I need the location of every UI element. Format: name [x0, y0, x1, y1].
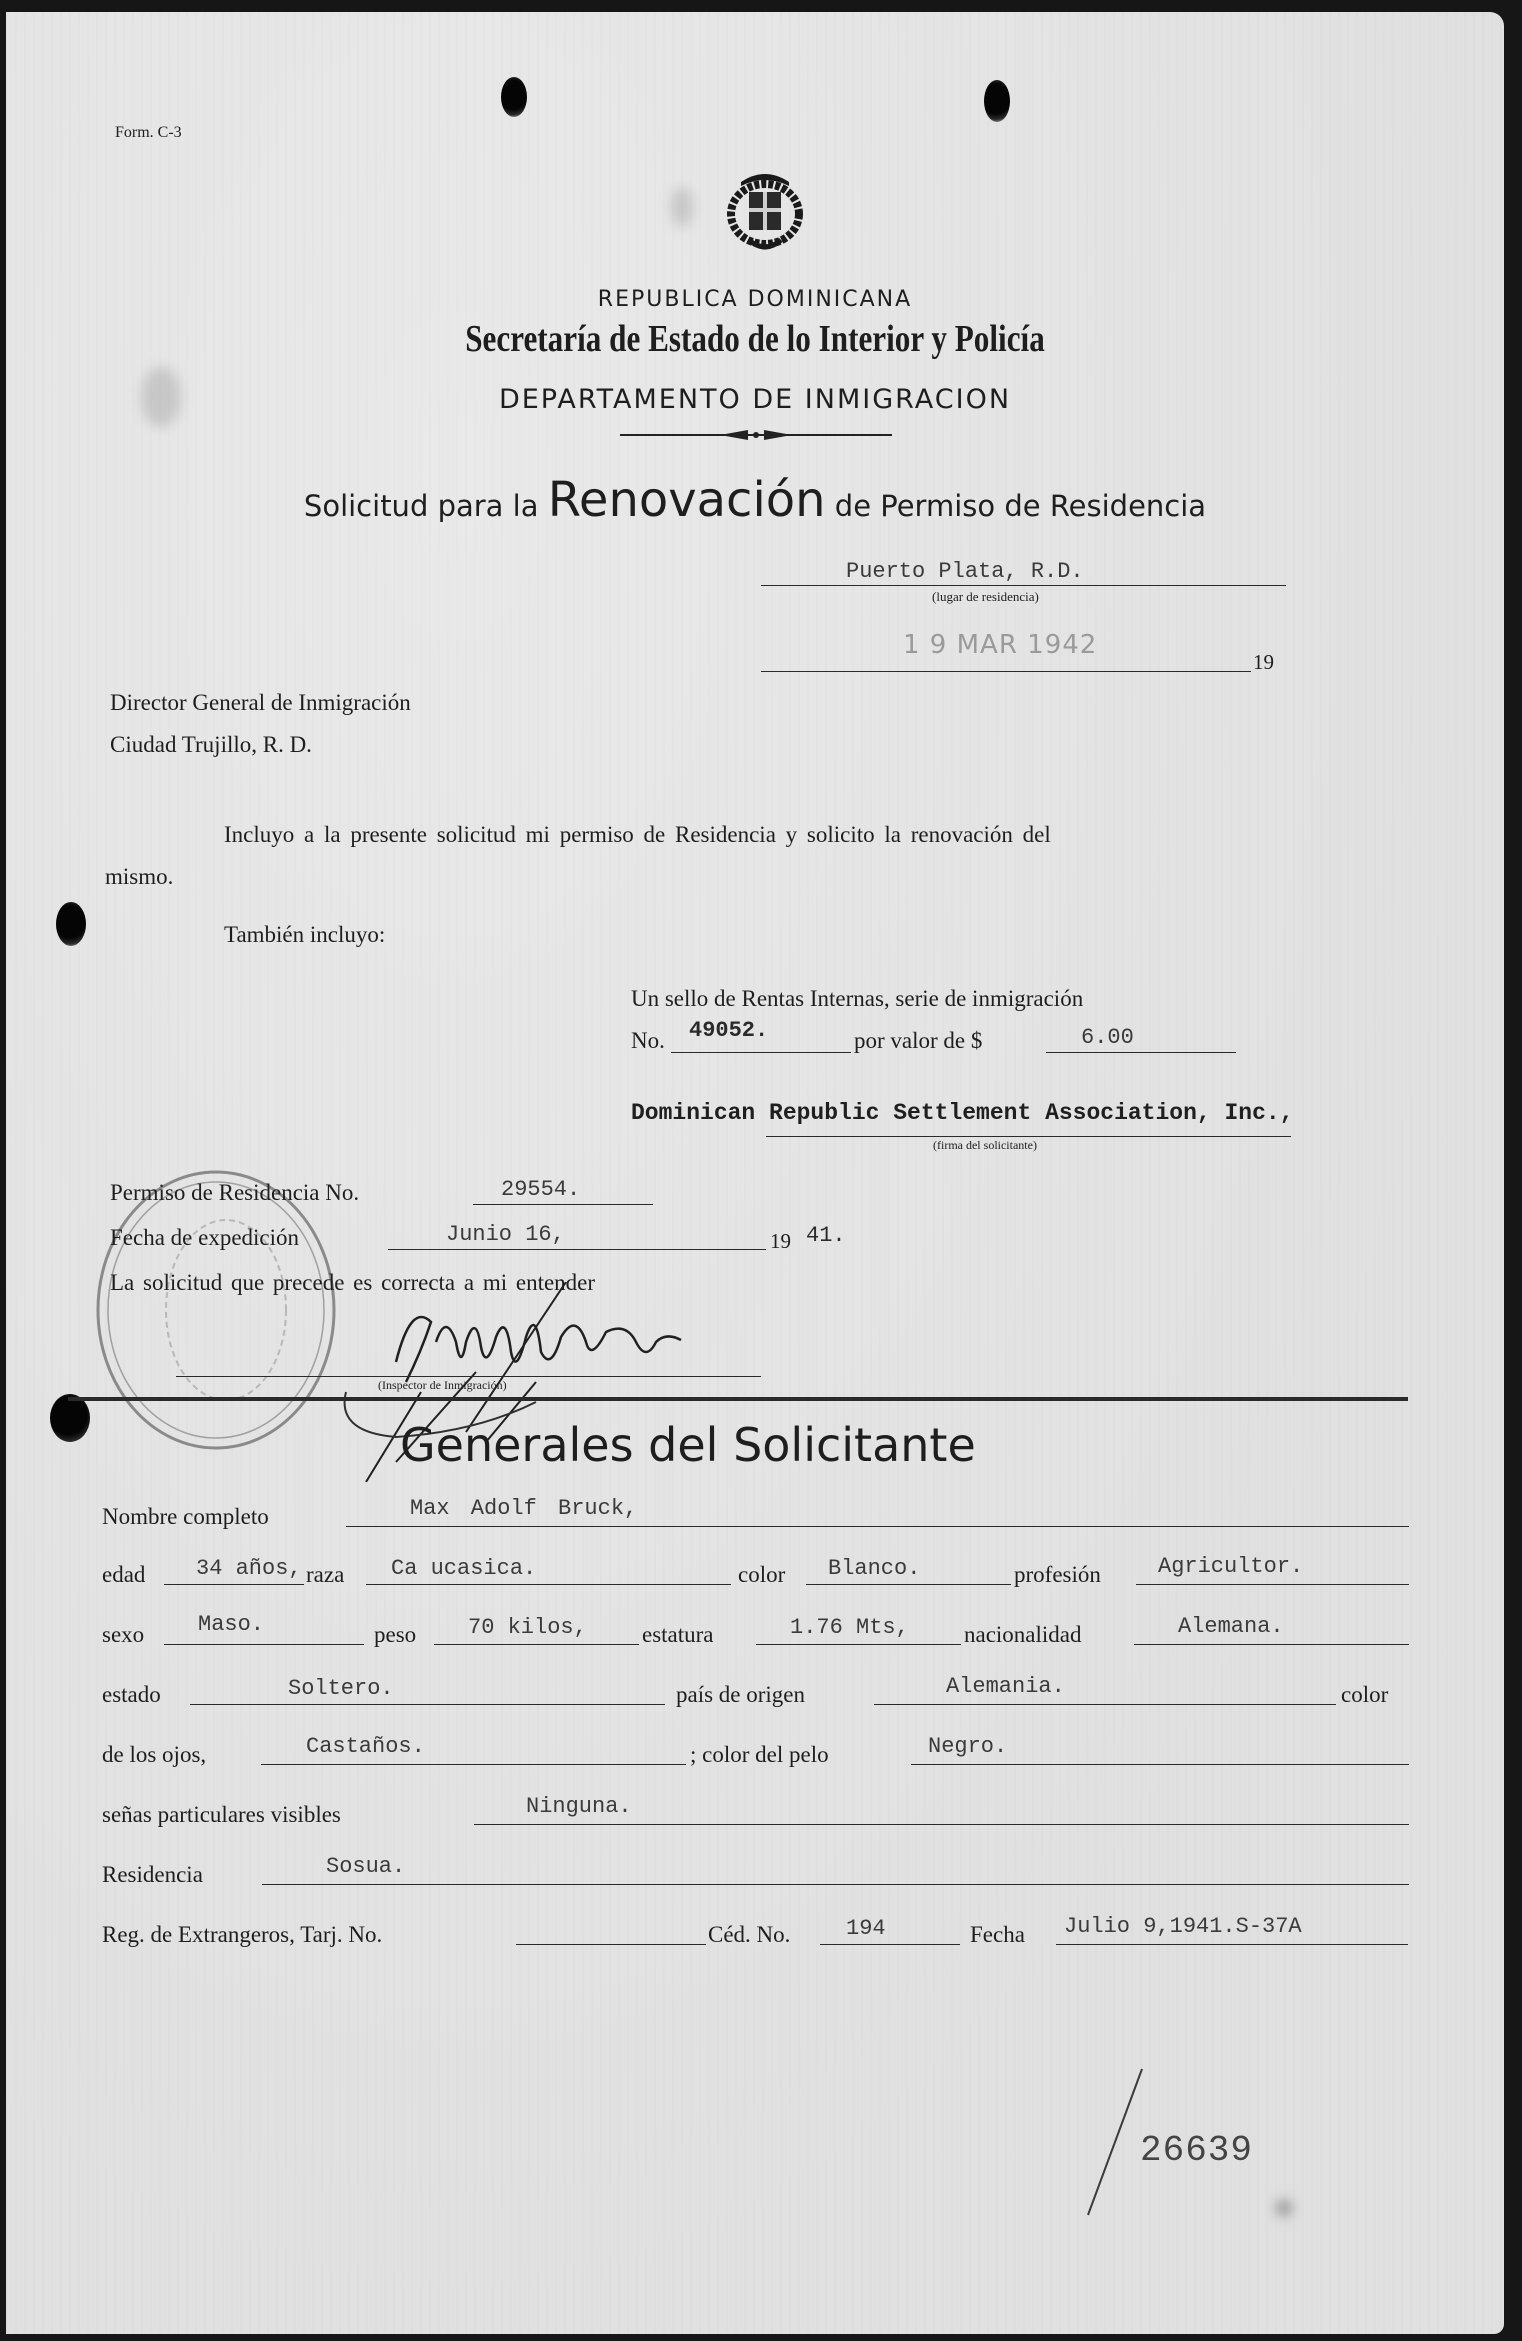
applicant-signature-line	[766, 1136, 1291, 1137]
full-name-field[interactable]: Max Adolf Bruck,	[410, 1496, 637, 1521]
cedula-label: Céd. No.	[708, 1922, 790, 1948]
form-title-prefix: Solicitud para la	[304, 489, 539, 523]
race-label: raza	[306, 1562, 344, 1588]
form-title: Solicitud para la Renovación de Permiso …	[6, 472, 1504, 528]
ministry-heading: Secretaría de Estado de lo Interior y Po…	[141, 317, 1369, 361]
form-title-suffix: de Permiso de Residencia	[835, 489, 1206, 523]
full-name-label: Nombre completo	[102, 1504, 269, 1530]
place-field[interactable]: Puerto Plata, R.D.	[846, 559, 1084, 584]
distinguishing-marks-line	[474, 1824, 1409, 1825]
residence-field[interactable]: Sosua.	[326, 1854, 405, 1879]
issue-date-label: Fecha de expedición	[110, 1225, 299, 1251]
color-line	[806, 1584, 1011, 1585]
height-line	[756, 1644, 961, 1645]
request-paragraph-line2: mismo.	[105, 864, 173, 890]
nationality-label: nacionalidad	[964, 1622, 1082, 1648]
hair-color-field[interactable]: Negro.	[928, 1734, 1007, 1759]
inspector-signature-line	[176, 1376, 761, 1377]
full-name-line	[346, 1526, 1409, 1527]
age-line	[164, 1584, 304, 1585]
punch-hole-right	[984, 80, 1010, 122]
applicant-signature-caption: (firma del solicitante)	[933, 1138, 1037, 1153]
permit-number-label: Permiso de Residencia No.	[110, 1180, 359, 1206]
issue-date-field[interactable]: Junio 16,	[446, 1222, 565, 1247]
punch-hole-left	[501, 77, 527, 117]
sex-line	[164, 1644, 364, 1645]
smudge	[1276, 2200, 1292, 2216]
issue-year-prefix: 19	[770, 1229, 791, 1254]
inspector-caption: (Inspector de Inmigración)	[378, 1378, 507, 1393]
place-caption: (lugar de residencia)	[932, 589, 1039, 605]
punch-hole-margin-top	[56, 902, 86, 946]
distinguishing-marks-field[interactable]: Ninguna.	[526, 1794, 632, 1819]
origin-country-field[interactable]: Alemania.	[946, 1674, 1065, 1699]
nationality-line	[1134, 1644, 1409, 1645]
profession-line	[1136, 1584, 1409, 1585]
form-title-emphasis: Renovación	[548, 472, 826, 528]
form-code: Form. C-3	[115, 124, 182, 142]
foreigner-registry-line	[516, 1944, 706, 1945]
eye-color-label-start: color	[1341, 1682, 1388, 1708]
race-line	[366, 1584, 731, 1585]
sex-label: sexo	[102, 1622, 144, 1648]
nationality-field[interactable]: Alemana.	[1178, 1614, 1284, 1639]
sex-field[interactable]: Maso.	[198, 1612, 264, 1637]
distinguishing-marks-label: señas particulares visibles	[102, 1802, 341, 1828]
stamp-value-label: por valor de $	[854, 1028, 982, 1054]
file-number: 26639	[1140, 2130, 1253, 2171]
hair-color-label: ; color del pelo	[690, 1742, 829, 1768]
profession-label: profesión	[1014, 1562, 1101, 1588]
document-page: Form. C-3 REPUBLICA DOMINICANA Secretarí…	[6, 12, 1504, 2334]
smudge	[671, 187, 693, 227]
cedula-line	[820, 1944, 960, 1945]
addressee-city: Ciudad Trujillo, R. D.	[110, 732, 312, 758]
stamp-number-label: No.	[631, 1028, 665, 1054]
eye-color-field[interactable]: Castaños.	[306, 1734, 425, 1759]
profession-field[interactable]: Agricultor.	[1158, 1554, 1303, 1579]
stamp-value-field[interactable]: 6.00	[1081, 1025, 1134, 1050]
request-paragraph-line1: Incluyo a la presente solicitud mi permi…	[224, 822, 1051, 848]
issue-year-field[interactable]: 41.	[806, 1223, 846, 1248]
cedula-field[interactable]: 194	[846, 1916, 886, 1941]
eye-color-line	[261, 1764, 686, 1765]
applicant-section-title: Generales del Solicitante	[400, 1418, 976, 1472]
residence-line	[262, 1884, 1409, 1885]
age-field[interactable]: 34 años,	[196, 1556, 302, 1581]
marital-status-field[interactable]: Soltero.	[288, 1676, 394, 1701]
race-field[interactable]: Ca ucasica.	[391, 1556, 536, 1581]
origin-country-line	[874, 1704, 1336, 1705]
ornamental-divider-icon	[620, 428, 892, 442]
residence-label: Residencia	[102, 1862, 203, 1888]
marital-status-label: estado	[102, 1682, 161, 1708]
section-rule	[68, 1397, 1408, 1401]
permit-number-field[interactable]: 29554.	[501, 1177, 580, 1202]
color-label: color	[738, 1562, 785, 1588]
marital-status-line	[190, 1704, 665, 1705]
hair-color-line	[911, 1764, 1409, 1765]
applicant-signature: Dominican Republic Settlement Associatio…	[631, 1100, 1294, 1126]
date-line	[761, 671, 1251, 672]
department-heading: DEPARTAMENTO DE INMIGRACION	[6, 384, 1504, 415]
height-label: estatura	[642, 1622, 714, 1648]
stamp-number-field[interactable]: 49052.	[689, 1018, 768, 1043]
height-field[interactable]: 1.76 Mts,	[790, 1615, 909, 1640]
punch-hole-margin-bottom	[50, 1394, 90, 1442]
weight-line	[434, 1644, 639, 1645]
origin-country-label: país de origen	[676, 1682, 805, 1708]
weight-label: peso	[374, 1622, 416, 1648]
eye-color-label-end: de los ojos,	[102, 1742, 206, 1768]
color-field[interactable]: Blanco.	[828, 1556, 920, 1581]
registry-date-line	[1056, 1944, 1408, 1945]
stamp-description: Un sello de Rentas Internas, serie de in…	[631, 986, 1083, 1012]
age-label: edad	[102, 1562, 145, 1588]
date-year-prefix: 19	[1253, 650, 1274, 675]
coat-of-arms-icon	[719, 164, 811, 254]
registry-date-label: Fecha	[970, 1922, 1025, 1948]
country-heading: REPUBLICA DOMINICANA	[6, 287, 1504, 312]
weight-field[interactable]: 70 kilos,	[468, 1615, 587, 1640]
registry-date-field[interactable]: Julio 9,1941.S-37A	[1064, 1914, 1302, 1939]
stamp-value-line	[1046, 1052, 1236, 1053]
foreigner-registry-label: Reg. de Extrangeros, Tarj. No.	[102, 1922, 382, 1948]
stamp-number-line	[671, 1052, 851, 1053]
addressee-title: Director General de Inmigración	[110, 690, 411, 716]
also-include-label: También incluyo:	[224, 922, 385, 948]
issue-date-line	[388, 1249, 766, 1250]
date-stamp: 1 9 MAR 1942	[903, 630, 1097, 660]
place-line	[761, 585, 1286, 586]
permit-number-line	[473, 1204, 653, 1205]
